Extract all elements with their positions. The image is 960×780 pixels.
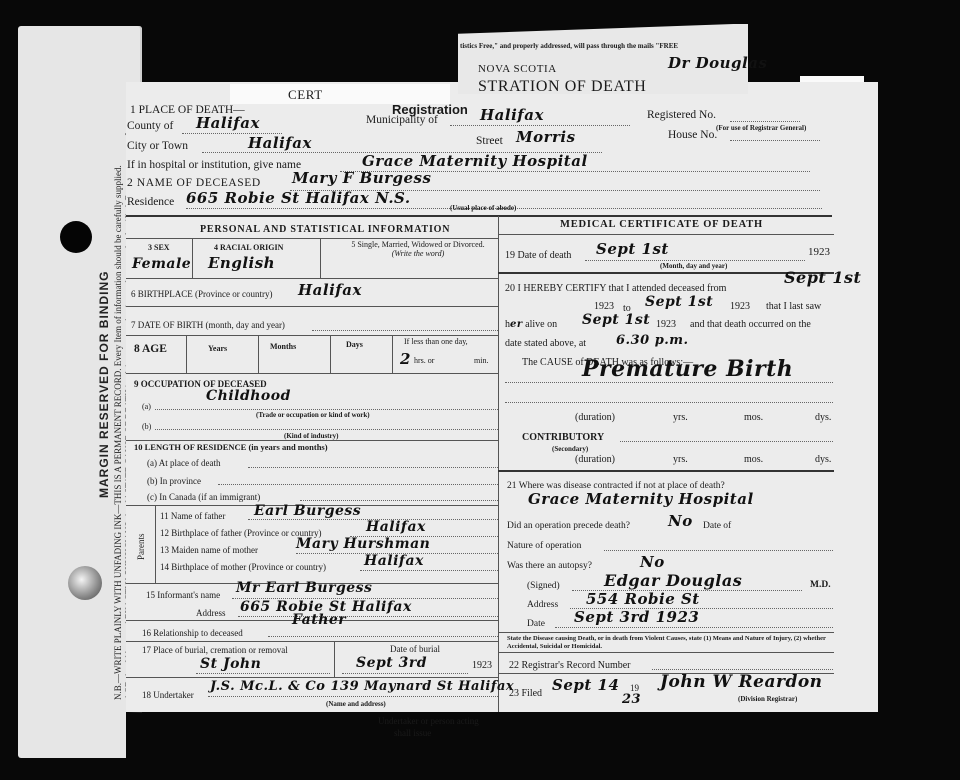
undertaker-value: J.S. Mc.L. & Co 139 Maynard St Halifax xyxy=(210,679,514,694)
burial-date-value: Sept 3rd xyxy=(356,655,427,671)
city-label: City or Town xyxy=(127,140,188,152)
certificate-title: STRATION OF DEATH xyxy=(478,78,646,96)
dod-value: Sept 1st xyxy=(596,240,669,258)
occupation-a-label: (a) xyxy=(142,402,151,411)
occupation-a-note: (Trade or occupation or kind of work) xyxy=(256,411,370,419)
residence-in-canada: (c) In Canada (if an immigrant) xyxy=(147,492,260,502)
date-stated-label: date stated above, at xyxy=(505,338,586,349)
street-label: Street xyxy=(476,135,503,147)
physician-address-value: 554 Robie St xyxy=(586,590,700,608)
municipality-label: Municipality of xyxy=(366,114,438,126)
alive-on-value: Sept 1st xyxy=(582,312,650,328)
residence-note: (Usual place of abode) xyxy=(450,204,516,212)
dod-note: (Month, day and year) xyxy=(660,262,727,270)
cause-value: Premature Birth xyxy=(582,356,793,382)
margin-binding-label: MARGIN RESERVED FOR BINDING xyxy=(97,271,111,498)
duration-dys-2: dys. xyxy=(815,454,831,465)
physician-address-label: Address xyxy=(527,600,558,610)
attended-from-value: Sept 1st xyxy=(784,268,861,287)
mother-birthplace-label: 14 Birthplace of mother (Province or cou… xyxy=(160,562,326,572)
residence-length-label: 10 LENGTH OF RESIDENCE (in years and mon… xyxy=(134,442,328,452)
signed-label: (Signed) xyxy=(527,581,560,591)
province-name: NOVA SCOTIA xyxy=(478,63,557,75)
burial-place-label: 17 Place of burial, cremation or removal xyxy=(142,645,292,655)
registered-no-label: Registered No. xyxy=(647,109,716,121)
registered-no-note: (For use of Registrar General) xyxy=(716,124,806,132)
race-value: English xyxy=(208,254,275,272)
occupation-b-label: (b) xyxy=(142,422,151,431)
postage-notice: tistics Free," and properly addressed, w… xyxy=(460,42,678,50)
operation-date-label: Date of xyxy=(703,521,731,531)
age-col-years: Years xyxy=(208,344,227,353)
cause-footnote: State the Disease causing Death, or in d… xyxy=(507,635,833,651)
year-to: 1923 xyxy=(730,301,750,312)
registrar-record-label: 22 Registrar's Record Number xyxy=(509,660,631,671)
house-no-label: House No. xyxy=(668,129,717,141)
age-col-days: Days xyxy=(346,340,363,349)
residence-in-province: (b) In province xyxy=(147,476,201,486)
punch-hole-top xyxy=(60,221,92,253)
occupation-b-note: (Kind of industry) xyxy=(284,432,338,440)
undertaker-footer-text: Undertaker or person acting xyxy=(378,716,479,726)
deceased-name-value: Mary F Burgess xyxy=(292,169,431,187)
county-value: Halifax xyxy=(196,114,260,132)
city-value: Halifax xyxy=(248,134,312,152)
burial-date-label: Date of burial xyxy=(390,644,440,654)
birthplace-value: Halifax xyxy=(298,281,362,299)
autopsy-label: Was there an autopsy? xyxy=(507,561,592,571)
residence-value: 665 Robie St Halifax N.S. xyxy=(186,189,411,207)
signed-value: Edgar Douglas xyxy=(604,571,742,590)
duration-dys-1: dys. xyxy=(815,412,831,423)
certificate-date-value: Sept 3rd 1923 xyxy=(574,608,699,626)
mother-name-value: Mary Hurshman xyxy=(296,536,430,552)
autopsy-value: No xyxy=(640,553,665,571)
min-label: min. xyxy=(474,356,488,365)
residence-label: Residence xyxy=(127,196,174,208)
relationship-label: 16 Relationship to deceased xyxy=(142,628,243,638)
occupation-a-value: Childhood xyxy=(206,388,291,404)
top-handwritten-note: Dr Douglas xyxy=(668,54,767,72)
dod-year: 1923 xyxy=(808,246,830,258)
burial-place-value: St John xyxy=(200,656,261,672)
md-label: M.D. xyxy=(810,580,831,590)
undertaker-note: (Name and address) xyxy=(326,700,386,708)
mother-birthplace-value: Halifax xyxy=(364,553,424,569)
death-occurred-label: and that death occurred on the xyxy=(690,319,811,330)
less-than-day-label: If less than one day, xyxy=(404,337,468,346)
divider xyxy=(126,215,832,217)
torn-bottom-edge xyxy=(126,712,886,780)
duration-mos-2: mos. xyxy=(744,454,763,465)
margin-instructions-line1: N.B.—WRITE PLAINLY WITH UNFADING INK—THI… xyxy=(113,165,123,700)
burial-year: 1923 xyxy=(472,660,492,671)
duration-yrs-1: yrs. xyxy=(673,412,688,423)
informant-name-label: 15 Informant's name xyxy=(146,590,220,600)
year-from: 1923 xyxy=(594,301,614,312)
time-of-death-value: 6.30 p.m. xyxy=(616,333,689,348)
nature-of-operation-label: Nature of operation xyxy=(507,541,581,551)
parents-label: Parents xyxy=(136,534,146,561)
sex-label: 3 SEX xyxy=(148,243,170,252)
age-label: 8 AGE xyxy=(134,343,167,355)
dob-label: 7 DATE OF BIRTH (month, day and year) xyxy=(131,320,285,330)
race-label: 4 RACIAL ORIGIN xyxy=(214,243,283,252)
personal-section-title: PERSONAL AND STATISTICAL INFORMATION xyxy=(200,224,450,235)
dod-label: 19 Date of death xyxy=(505,250,571,261)
alive-prefix: her alive on xyxy=(505,319,557,330)
punch-hole-bottom xyxy=(68,566,102,600)
undertaker-footer-text2: shall issue xyxy=(394,728,431,738)
informant-address-label: Address xyxy=(196,608,226,618)
certify-label: 20 I HEREBY CERTIFY that I attended dece… xyxy=(505,283,726,294)
torn-gap xyxy=(230,84,450,104)
certificate-date-label: Date xyxy=(527,619,545,629)
duration-mos-1: mos. xyxy=(744,412,763,423)
registrar-signature: John W Reardon xyxy=(660,672,823,692)
father-name-label: 11 Name of father xyxy=(160,511,225,521)
duration-label-1: (duration) xyxy=(575,412,615,423)
medical-section-title: MEDICAL CERTIFICATE OF DEATH xyxy=(560,219,763,230)
municipality-value: Halifax xyxy=(480,106,544,124)
filed-year-value: 23 xyxy=(622,692,641,707)
contributory-note: (Secondary) xyxy=(552,445,588,453)
sex-value: Female xyxy=(132,256,191,272)
certificate-title-fragment: CERT xyxy=(288,87,323,103)
operation-value: No xyxy=(668,512,693,530)
father-name-value: Earl Burgess xyxy=(254,503,361,519)
duration-label-2: (duration) xyxy=(575,454,615,465)
attended-to-value: Sept 1st xyxy=(645,294,713,310)
hospital-label: If in hospital or institution, give name xyxy=(127,159,301,171)
last-saw-label: that I last saw xyxy=(766,301,821,312)
informant-name-value: Mr Earl Burgess xyxy=(236,580,372,596)
residence-at-place: (a) At place of death xyxy=(147,458,220,468)
marital-label: 5 Single, Married, Widowed or Divorced. … xyxy=(348,240,488,258)
alive-year: 1923 xyxy=(656,319,676,330)
operation-label: Did an operation precede death? xyxy=(507,521,630,531)
county-label: County of xyxy=(127,120,173,132)
filed-label: 23 Filed xyxy=(509,688,542,699)
filed-date-value: Sept 14 xyxy=(552,676,619,694)
father-birthplace-value: Halifax xyxy=(366,519,426,535)
hrs-label: hrs. or xyxy=(414,356,434,365)
mother-name-label: 13 Maiden name of mother xyxy=(160,545,258,555)
age-col-months: Months xyxy=(270,342,296,351)
deceased-name-label: 2 NAME OF DECEASED xyxy=(127,177,261,189)
undertaker-label: 18 Undertaker xyxy=(142,690,194,700)
hospital-value: Grace Maternity Hospital xyxy=(362,152,588,170)
relationship-value: Father xyxy=(292,612,346,628)
registrar-note: (Division Registrar) xyxy=(738,695,797,703)
birthplace-label: 6 BIRTHPLACE (Province or country) xyxy=(131,289,272,299)
contributory-label: CONTRIBUTORY xyxy=(522,432,604,443)
hrs-value: 2 xyxy=(400,350,411,368)
duration-yrs-2: yrs. xyxy=(673,454,688,465)
column-divider xyxy=(498,216,499,712)
where-contracted-value: Grace Maternity Hospital xyxy=(528,490,754,508)
street-value: Morris xyxy=(516,128,576,146)
